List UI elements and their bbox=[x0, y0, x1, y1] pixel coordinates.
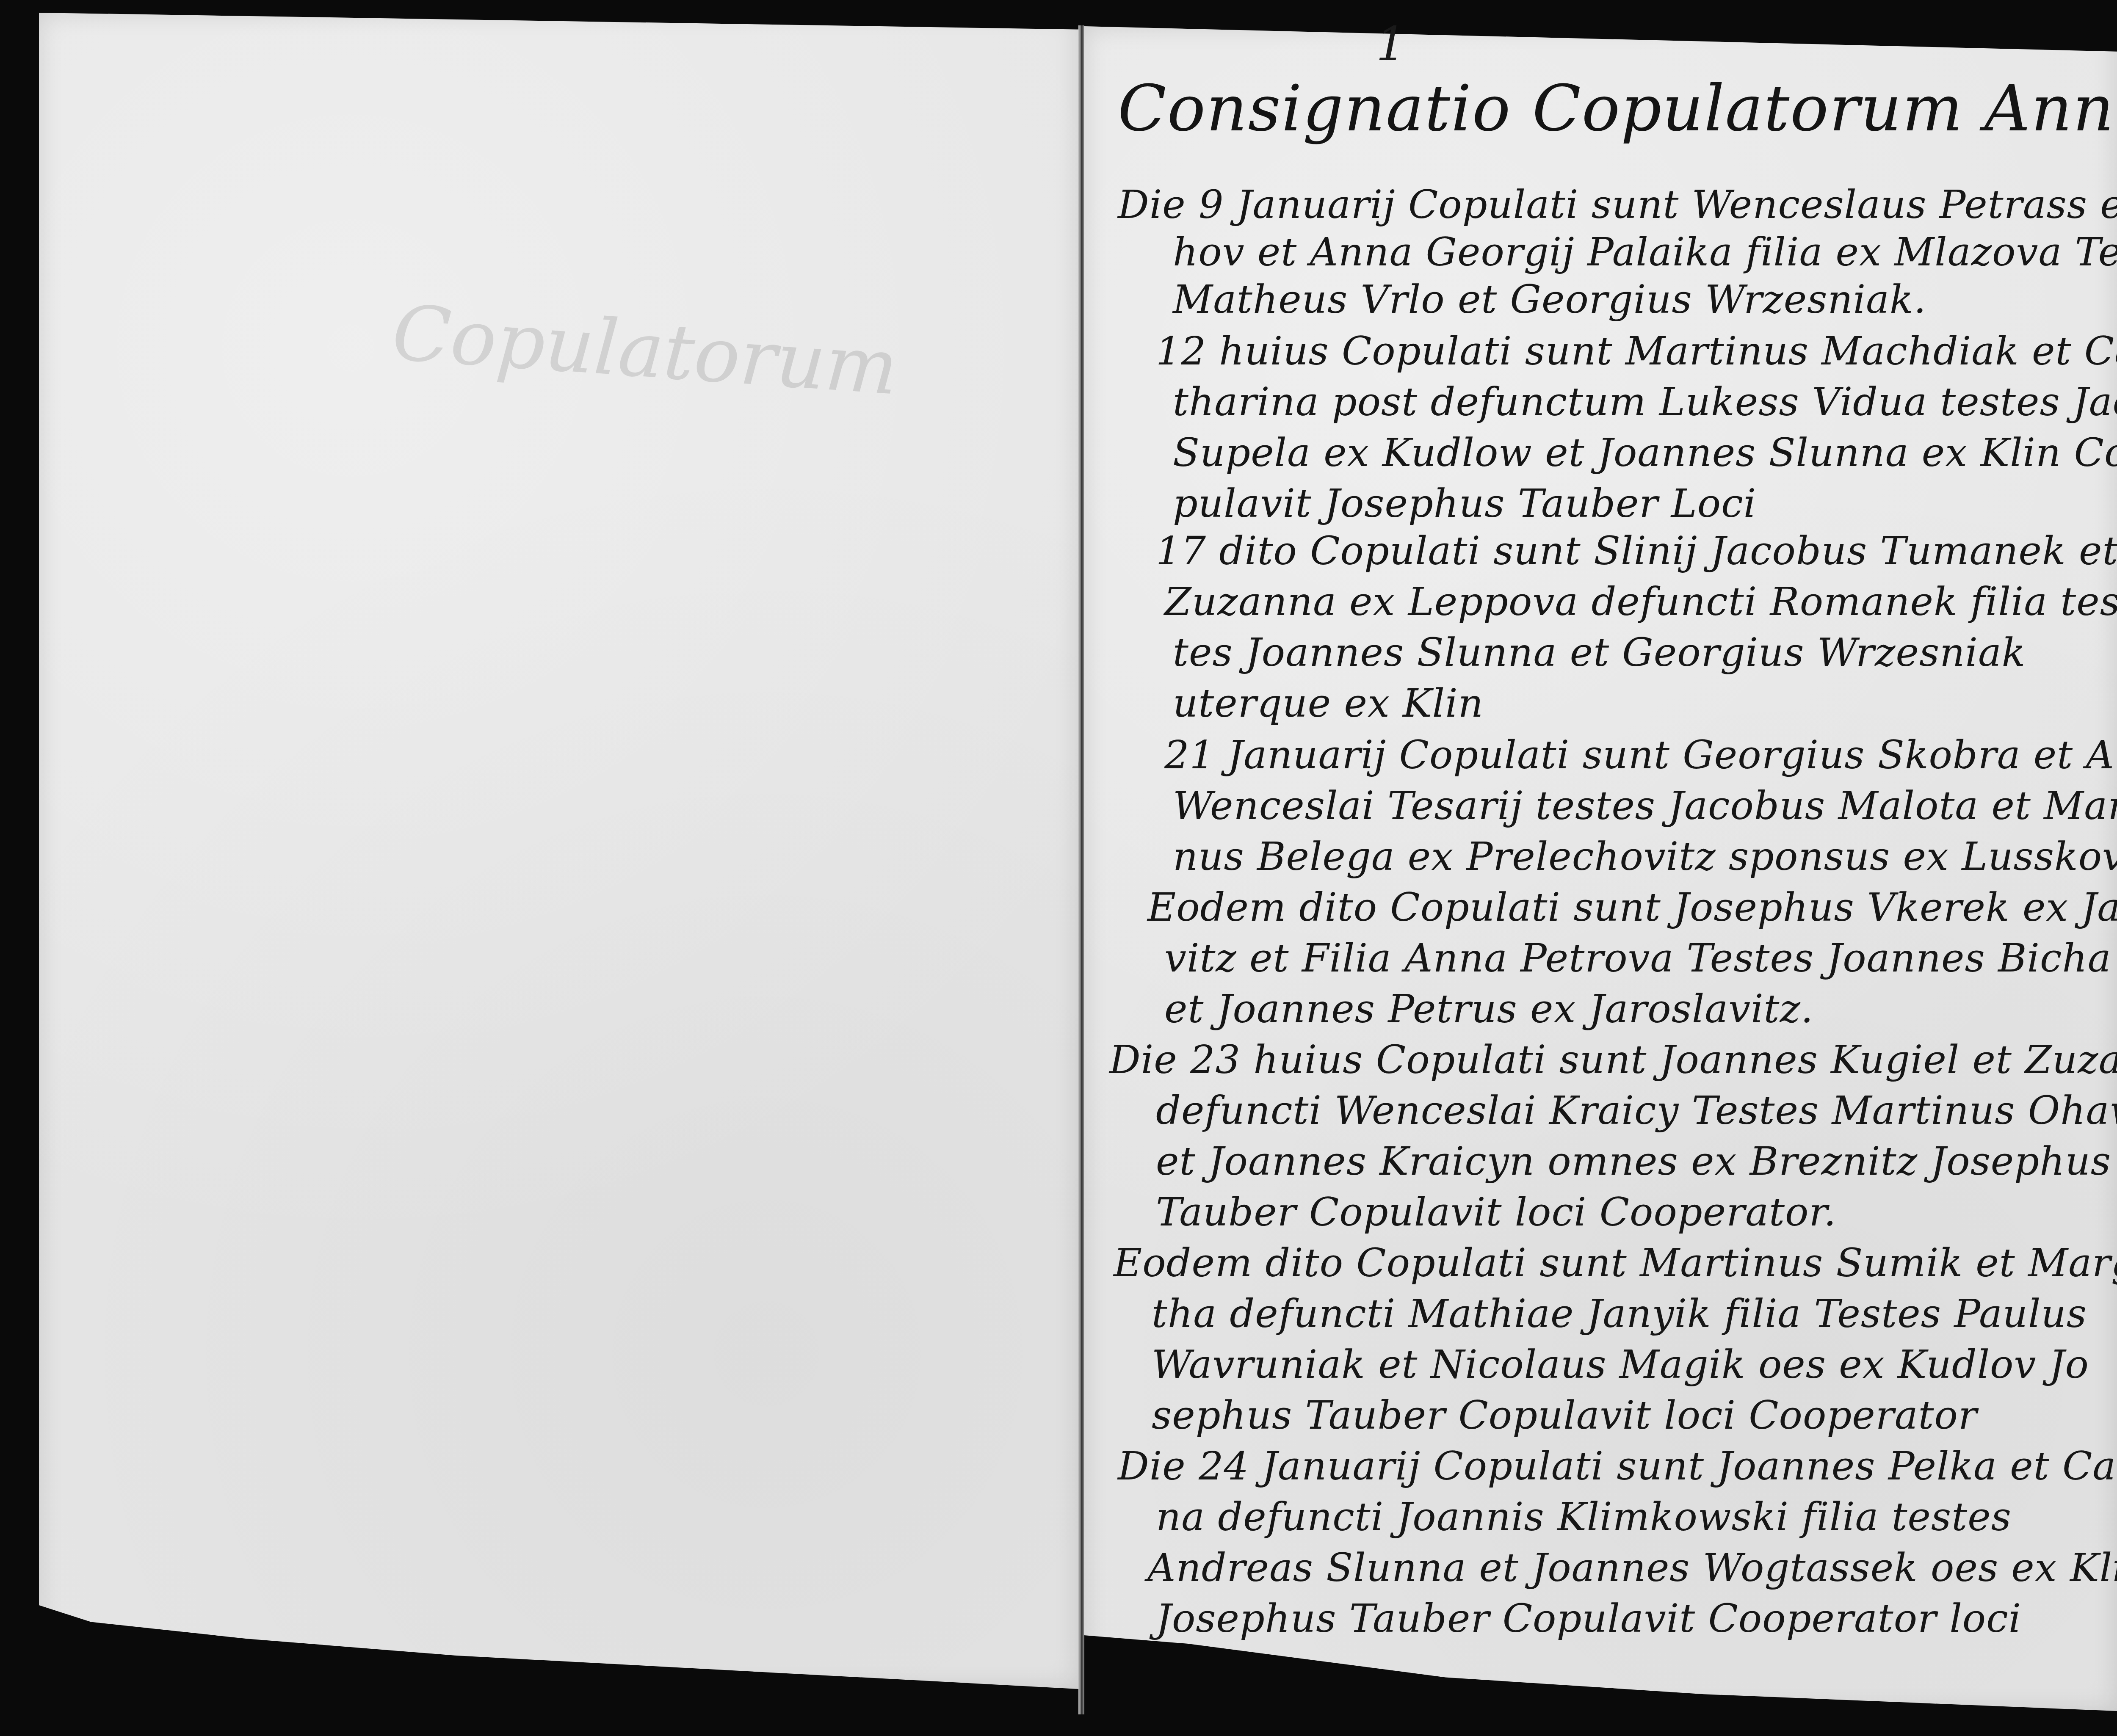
text-line: Wenceslai Tesarij testes Jacobus Malota … bbox=[1173, 783, 2117, 828]
text-line: vitz et Filia Anna Petrova Testes Joanne… bbox=[1164, 936, 2111, 981]
folio-number: 1 bbox=[1376, 17, 1406, 71]
text-line: pulavit Josephus Tauber Loci bbox=[1173, 481, 1756, 526]
left-page: Copulatorum bbox=[39, 13, 1078, 1689]
text-line: sephus Tauber Copulavit loci Cooperator bbox=[1152, 1393, 1977, 1438]
manuscript-spread: Copulatorum 1 Consignatio Copulatorum An… bbox=[0, 0, 2117, 1736]
text-line: tharina post defunctum Lukess Vidua test… bbox=[1173, 379, 2117, 425]
bleed-through-text: Copulatorum bbox=[378, 289, 987, 583]
text-line: Matheus Vrlo et Georgius Wrzesniak. bbox=[1173, 277, 1926, 322]
text-line: et Joannes Petrus ex Jaroslavitz. bbox=[1164, 986, 1813, 1032]
text-line: Die 23 huius Copulati sunt Joannes Kugie… bbox=[1109, 1037, 2117, 1082]
text-line: Tauber Copulavit loci Cooperator. bbox=[1156, 1190, 1837, 1235]
binding-gutter bbox=[1078, 25, 1084, 1714]
text-line: defuncti Wenceslai Kraicy Testes Martinu… bbox=[1156, 1088, 2117, 1133]
register-heading: Consignatio Copulatorum Anno 1724 bbox=[1118, 72, 2117, 146]
text-line: 12 huius Copulati sunt Martinus Machdiak… bbox=[1156, 328, 2117, 374]
text-line: Supela ex Kudlow et Joannes Slunna ex Kl… bbox=[1173, 430, 2117, 475]
text-line: Eodem dito Copulati sunt Martinus Sumik … bbox=[1114, 1240, 2117, 1286]
text-line: nus Belega ex Prelechovitz sponsus ex Lu… bbox=[1173, 834, 2117, 879]
text-line: Andreas Slunna et Joannes Wogtassek oes … bbox=[1147, 1545, 2117, 1590]
text-line: 17 dito Copulati sunt Slinij Jacobus Tum… bbox=[1156, 528, 2117, 574]
text-line: Josephus Tauber Copulavit Cooperator loc… bbox=[1156, 1596, 2021, 1641]
text-line: hov et Anna Georgij Palaika filia ex Mla… bbox=[1173, 229, 2117, 275]
text-line: Die 9 Januarij Copulati sunt Wenceslaus … bbox=[1118, 182, 2117, 227]
text-line: na defuncti Joannis Klimkowski filia tes… bbox=[1156, 1494, 2012, 1540]
text-line: 21 Januarij Copulati sunt Georgius Skobr… bbox=[1164, 732, 2117, 778]
text-line: Wavruniak et Nicolaus Magik oes ex Kudlo… bbox=[1152, 1342, 2089, 1387]
text-line: Eodem dito Copulati sunt Josephus Vkerek… bbox=[1147, 885, 2117, 930]
text-line: et Joannes Kraicyn omnes ex Breznitz Jos… bbox=[1156, 1139, 2111, 1184]
text-line: tes Joannes Slunna et Georgius Wrzesniak bbox=[1173, 630, 2026, 675]
text-line: Zuzanna ex Leppova defuncti Romanek fili… bbox=[1164, 579, 2117, 624]
text-line: tha defuncti Mathiae Janyik filia Testes… bbox=[1152, 1291, 2087, 1336]
text-line: uterque ex Klin bbox=[1173, 681, 1484, 726]
text-line: Die 24 Januarij Copulati sunt Joannes Pe… bbox=[1118, 1443, 2117, 1489]
